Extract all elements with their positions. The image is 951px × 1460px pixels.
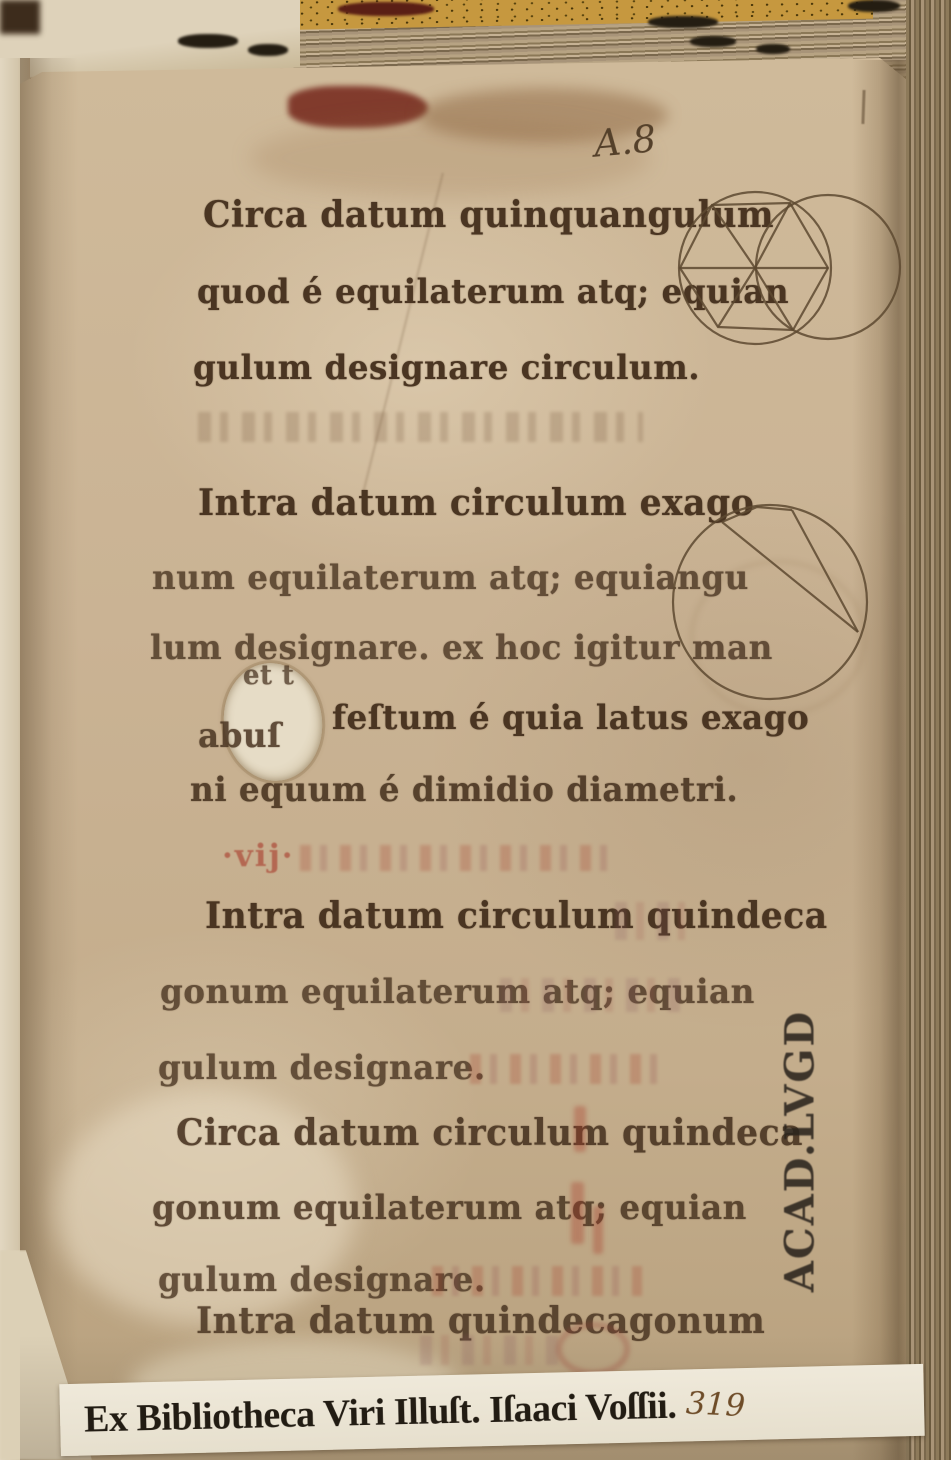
text-line: gulum designare circulum. <box>193 348 700 388</box>
hexagon-construction-diagram <box>655 178 915 363</box>
bleed-through-line <box>420 1335 560 1365</box>
edge-ink-mark <box>690 36 736 47</box>
dark-corner-shadow <box>0 0 40 34</box>
faint-stain <box>250 118 650 198</box>
text-line: Intra datum circulum quindeca <box>205 895 828 937</box>
text-line: gonum equilaterum atq; equian <box>152 1188 747 1228</box>
text-line: gulum designare. <box>158 1048 486 1088</box>
library-stamp-text: ACAD.LVGD <box>776 1009 823 1291</box>
red-bleed-mark <box>593 1206 603 1254</box>
library-stamp: ACAD.LVGD <box>742 1038 857 1263</box>
edge-ink-mark <box>178 34 238 48</box>
edge-red-mark <box>338 2 434 16</box>
edge-ink-mark <box>848 0 900 12</box>
edge-ink-mark <box>648 16 718 28</box>
text-line: Circa datum circulum quindeca <box>176 1112 803 1154</box>
red-bleed-mark <box>571 1182 584 1244</box>
bleed-through-line <box>470 1054 665 1084</box>
bleed-through-line <box>500 978 680 1012</box>
faded-rubric-strokes <box>300 845 620 871</box>
rubric-numeral: ·vij· <box>222 838 295 874</box>
bleed-through-line <box>432 1266 642 1296</box>
edge-ink-mark <box>756 44 790 54</box>
manuscript-page-photo: A.8 Circa datum quinquangulum quod é equ… <box>0 0 951 1460</box>
text-fragment: abuſ <box>198 716 282 756</box>
shelfmark-annotation: A.8 <box>592 117 658 165</box>
text-fragment: et t <box>243 660 294 691</box>
edge-ink-mark <box>248 44 288 56</box>
bleed-through-line <box>198 412 643 442</box>
red-bleed-mark <box>574 1106 586 1152</box>
bleed-through-line <box>615 902 685 940</box>
text-line: ni equum é dimidio diametri. <box>190 770 738 810</box>
ex-libris-printed-text: Ex Bibliotheca Viri Illuſt. Iſaaci Voſſi… <box>84 1384 677 1442</box>
ex-libris-handwritten-number: 319 <box>686 1385 747 1424</box>
bleed-through-letter <box>556 1322 630 1376</box>
pentadecagon-chord-diagram <box>660 490 890 715</box>
